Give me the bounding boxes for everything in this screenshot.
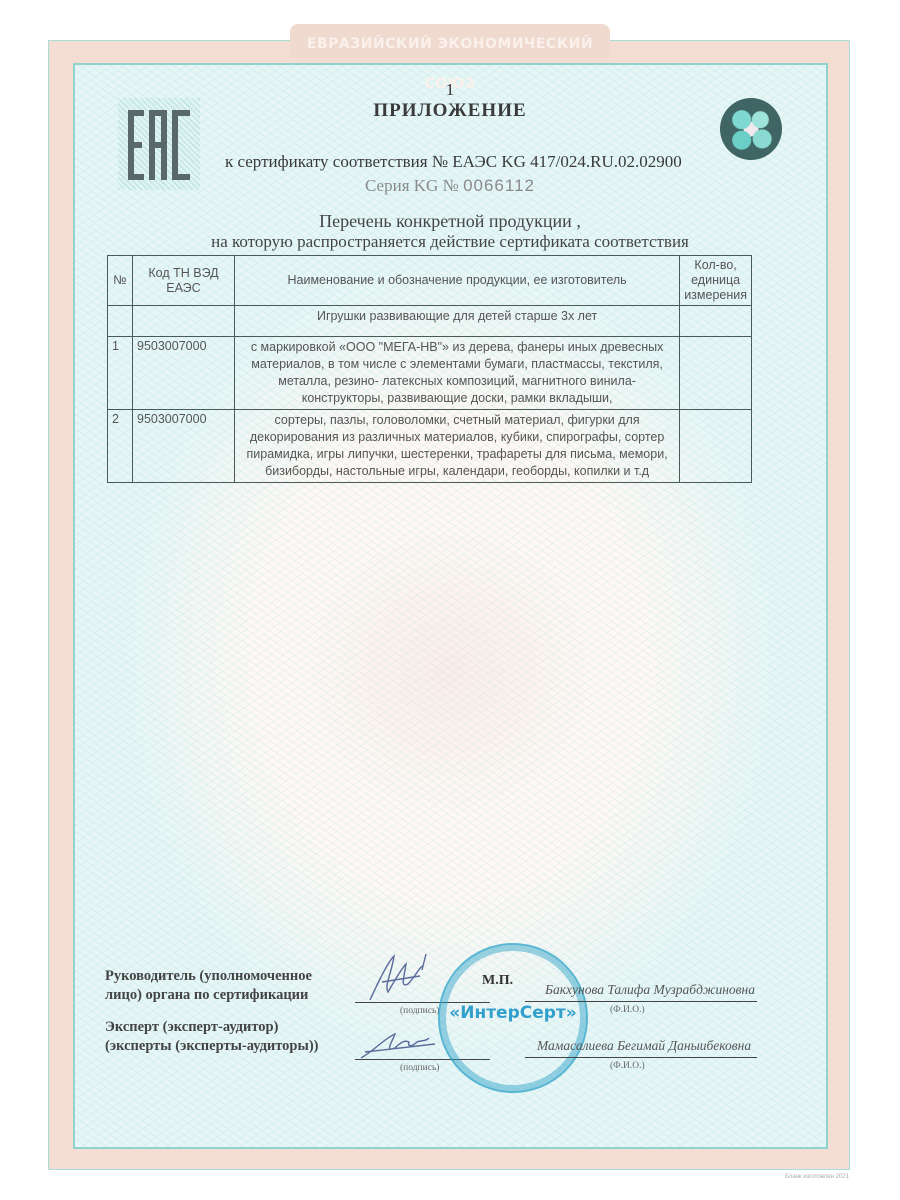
table-row: 1 9503007000 с маркировкой «ООО "МЕГА-НВ… <box>108 337 752 410</box>
expert-name-line <box>525 1057 757 1058</box>
expert-name: Мамасалиева Бегимай Даныибековна <box>537 1038 751 1054</box>
expert-name-caption: (Ф.И.О.) <box>610 1061 645 1071</box>
head-signatory-label: Руководитель (уполномоченное лицо) орган… <box>105 967 312 1005</box>
list-title-line2: на которую распространяется действие сер… <box>0 232 900 252</box>
head-signature-icon <box>362 948 442 1008</box>
page-number: 1 <box>0 80 900 100</box>
series-label: Серия KG № <box>365 176 459 195</box>
head-name-caption: (Ф.И.О.) <box>610 1005 645 1015</box>
header-description: Наименование и обозначение продукции, ее… <box>235 256 680 306</box>
series-value: 0066112 <box>463 176 535 195</box>
list-title-line1: Перечень конкретной продукции , <box>0 211 900 232</box>
stamp-text: «ИнтерСерт» <box>440 1003 586 1023</box>
footer-print-mark: Бланк изготовлен 2021 <box>785 1174 849 1180</box>
header-code: Код ТН ВЭД ЕАЭС <box>133 256 235 306</box>
row-number: 1 <box>108 337 133 410</box>
row-code: 9503007000 <box>133 410 235 483</box>
document-title: ПРИЛОЖЕНИЕ <box>0 100 900 122</box>
head-name: Бакхунова Талифа Музрабджиновна <box>545 982 755 998</box>
row-code: 9503007000 <box>133 337 235 410</box>
row-unit <box>680 410 752 483</box>
expert-signature-icon <box>355 1024 445 1064</box>
row-unit <box>680 337 752 410</box>
head-name-line <box>525 1001 757 1002</box>
table-header-row: № Код ТН ВЭД ЕАЭС Наименование и обознач… <box>108 256 752 306</box>
series-number: Серия KG № 0066112 <box>0 176 900 196</box>
row-description: с маркировкой «ООО "МЕГА-НВ"» из дерева,… <box>235 337 680 410</box>
group-title: Игрушки развивающие для детей старше 3х … <box>235 306 680 337</box>
head-signature-caption: (подпись) <box>400 1006 439 1016</box>
certificate-reference: к сертификату соответствия № ЕАЭС KG 417… <box>225 152 682 172</box>
table-row: 2 9503007000 сортеры, пазлы, головоломки… <box>108 410 752 483</box>
table-group-row: Игрушки развивающие для детей старше 3х … <box>108 306 752 337</box>
seal-label: М.П. <box>482 973 513 989</box>
row-description: сортеры, пазлы, головоломки, счетный мат… <box>235 410 680 483</box>
product-table: № Код ТН ВЭД ЕАЭС Наименование и обознач… <box>107 255 752 483</box>
expert-signature-caption: (подпись) <box>400 1063 439 1073</box>
watermark-emblem <box>300 520 600 820</box>
row-number: 2 <box>108 410 133 483</box>
intercert-stamp: «ИнтерСерт» <box>438 943 588 1093</box>
header-unit: Кол-во, единица измерения <box>680 256 752 306</box>
header-number: № <box>108 256 133 306</box>
union-banner: ЕВРАЗИЙСКИЙ ЭКОНОМИЧЕСКИЙ СОЮЗ <box>290 24 610 58</box>
expert-signatory-label: Эксперт (эксперт-аудитор) (эксперты (экс… <box>105 1018 318 1056</box>
